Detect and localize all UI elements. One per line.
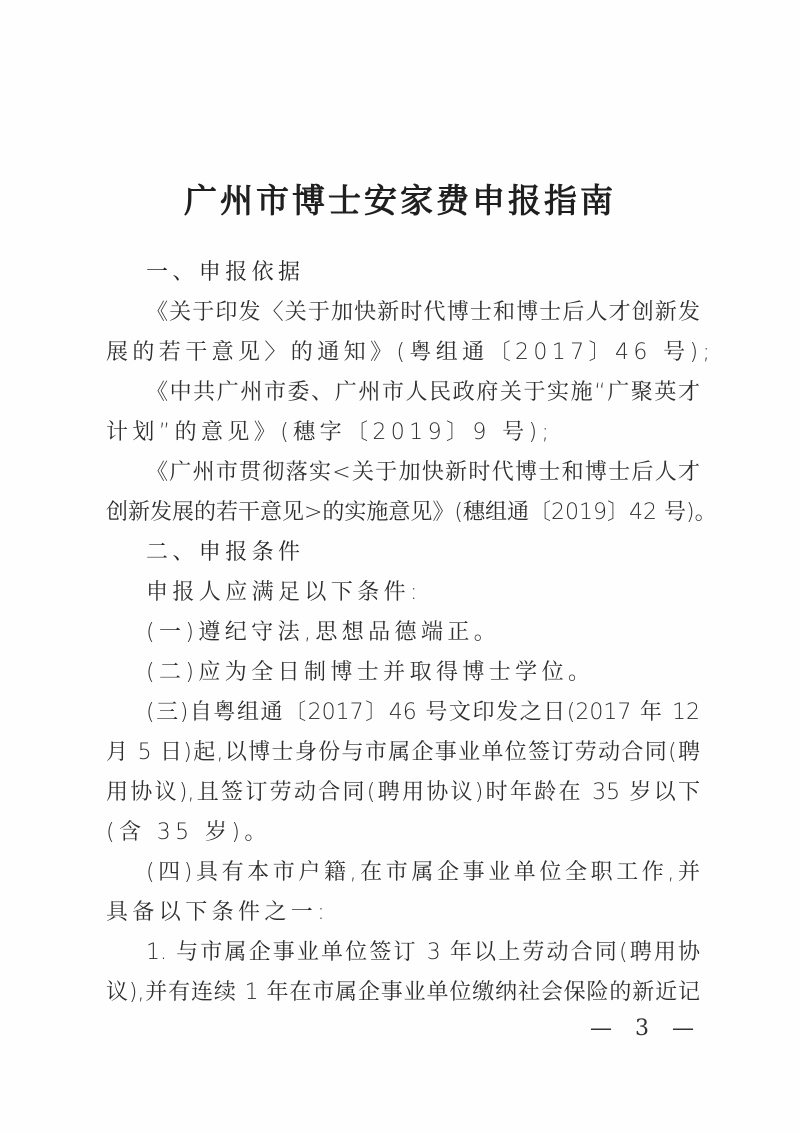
condition-2: (二)应为全日制博士并取得博士学位。 <box>146 658 700 688</box>
basis-line-2: 展的若干意见〉的通知》(粤组通〔2017〕46 号); <box>106 338 700 368</box>
document-page: 广州市博士安家费申报指南 一、申报依据 《关于印发〈关于加快新时代博士和博士后人… <box>0 0 800 1132</box>
condition-3-line-2: 月 5 日)起,以博士身份与市属企事业单位签订劳动合同(聘 <box>106 738 700 768</box>
basis-line-3: 《中共广州市委、广州市人民政府关于实施“广聚英才 <box>146 378 700 408</box>
conditions-intro: 申报人应满足以下条件: <box>146 578 700 608</box>
page-number: — 3 — <box>590 1016 702 1041</box>
basis-line-4: 计划”的意见》(穗字〔2019〕9 号); <box>106 418 700 448</box>
condition-3-line-3: 用协议),且签订劳动合同(聘用协议)时年龄在 35 岁以下 <box>106 778 700 808</box>
condition-4-line-2: 具备以下条件之一: <box>106 898 700 928</box>
condition-4-item-1-line-1: 1. 与市属企事业单位签订 3 年以上劳动合同(聘用协 <box>146 938 700 968</box>
basis-line-5: 《广州市贯彻落实<关于加快新时代博士和博士后人才 <box>146 458 700 488</box>
condition-1: (一)遵纪守法,思想品德端正。 <box>146 618 700 648</box>
basis-line-1: 《关于印发〈关于加快新时代博士和博士后人才创新发 <box>146 298 700 328</box>
condition-3-line-1: (三)自粤组通〔2017〕46 号文印发之日(2017 年 12 <box>146 698 700 728</box>
condition-4-item-1-line-2: 议),并有连续 1 年在市属企事业单位缴纳社会保险的新近记 <box>106 978 700 1008</box>
section-heading-conditions: 二、申报条件 <box>146 538 700 568</box>
condition-3-line-4: (含 35 岁)。 <box>106 818 700 848</box>
section-heading-basis: 一、申报依据 <box>146 258 700 288</box>
condition-4-line-1: (四)具有本市户籍,在市属企事业单位全职工作,并 <box>146 858 700 888</box>
basis-line-6: 创新发展的若干意见>的实施意见》(穗组通〔2019〕42 号)。 <box>106 498 700 528</box>
document-title: 广州市博士安家费申报指南 <box>0 175 800 222</box>
